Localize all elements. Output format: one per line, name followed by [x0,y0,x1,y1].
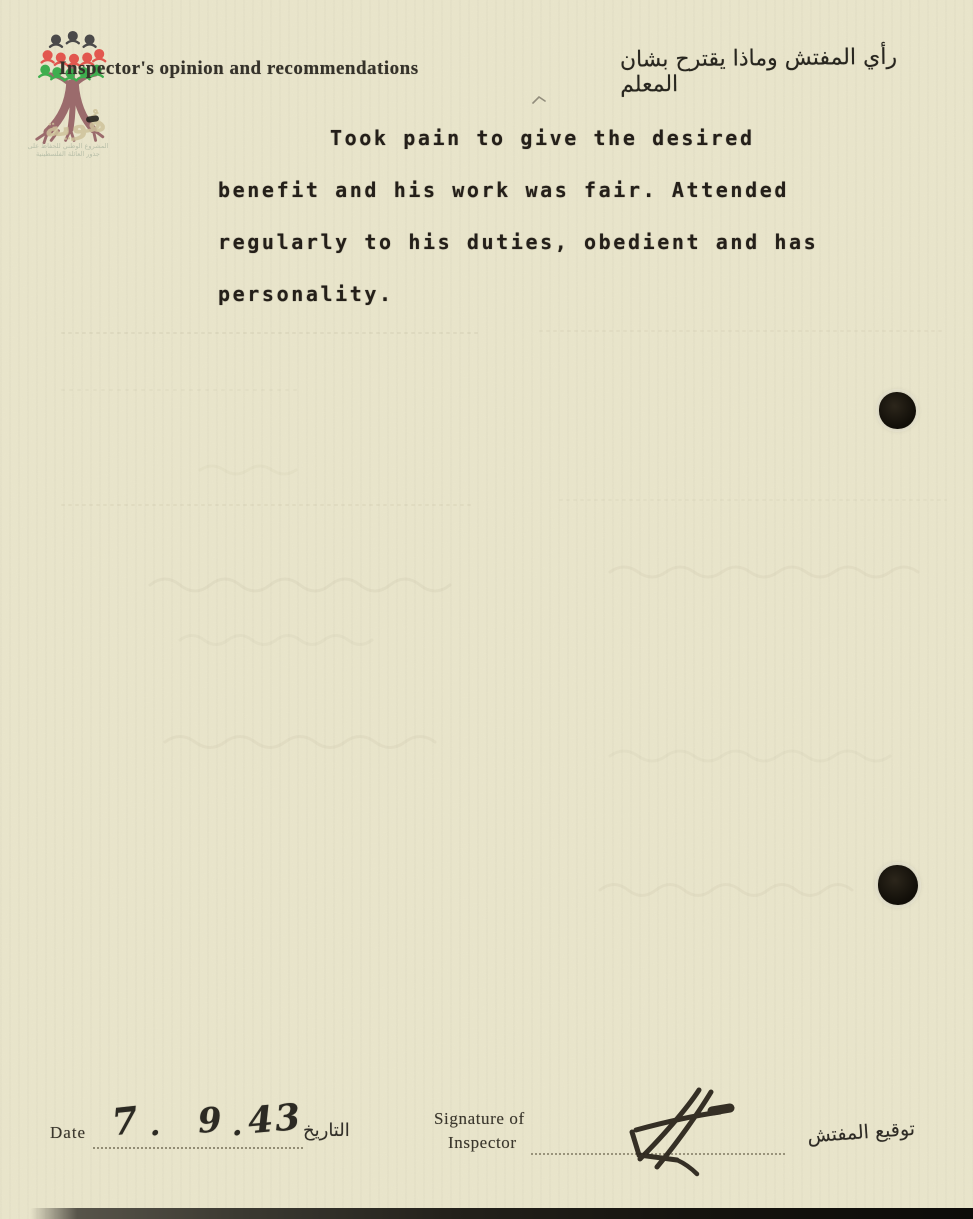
date-label-arabic: التاريخ [303,1120,350,1141]
section-title-english: Inspector's opinion and recommendations [59,58,419,80]
signature-label-line1: Signature of [434,1109,525,1129]
archive-watermark-logo: هُوية المشروع الوطني للحفاظ على جذور الع… [14,24,134,164]
handwritten-date-separator: . [232,1108,242,1143]
section-title-arabic: رأي المفتش وماذا يقترح بشان المعلم [620,44,933,97]
watermark-tagline: المشروع الوطني للحفاظ على جذور العائلة ا… [16,142,120,158]
typed-line: Took pain to give the desired [330,126,755,150]
stray-pen-mark [532,96,546,104]
typed-line: personality. [218,282,394,306]
scan-edge-strip [30,1208,973,1219]
handwritten-date-month: 9 [197,1100,223,1142]
signature-label-arabic: توقيع المفتش [794,1118,915,1148]
handwritten-date-year: 43 [246,1096,304,1143]
handwritten-date-day: 7 [110,1098,140,1144]
typed-line: benefit and his work was fair. Attended [218,178,789,202]
inspector-signature-scrawl [616,1082,784,1186]
scanned-document-page: هُوية المشروع الوطني للحفاظ على جذور الع… [0,0,973,1219]
handwritten-date-separator: . [150,1108,160,1143]
date-label-english: Date [50,1123,86,1143]
hole-punch-bottom [878,865,918,905]
typed-remarks-block: Took pain to give the desired benefit an… [218,122,898,342]
signature-label-line2: Inspector [448,1133,517,1153]
watermark-tagline-line1: المشروع الوطني للحفاظ على [16,142,120,150]
hole-punch-top [879,392,916,429]
typed-line: regularly to his duties, obedient and ha… [218,230,818,254]
watermark-tagline-line2: جذور العائلة الفلسطينية [16,150,120,158]
